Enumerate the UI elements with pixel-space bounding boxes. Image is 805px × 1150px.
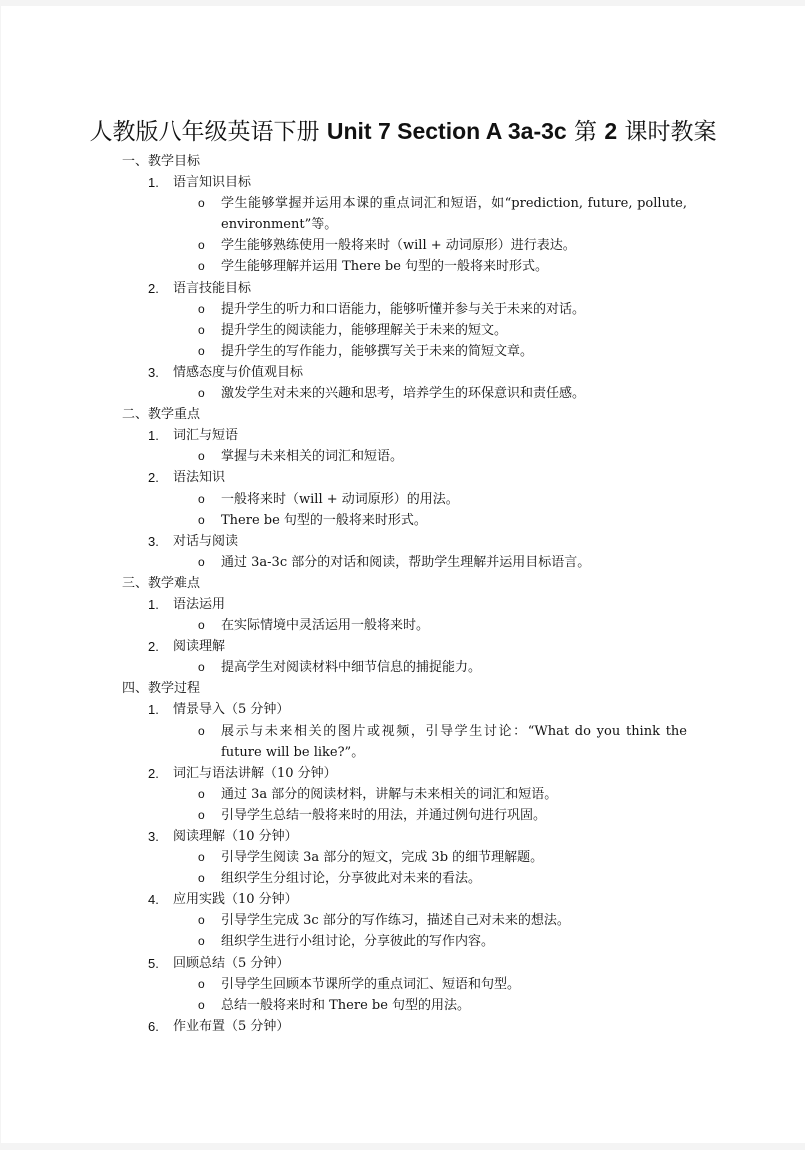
hollow-circle-bullet-icon: o (198, 721, 205, 742)
hollow-circle-bullet-icon: o (198, 784, 205, 805)
item-label: 阅读理解 (173, 639, 225, 654)
item-number: 6. (148, 1016, 159, 1037)
hollow-circle-bullet-icon: o (198, 931, 205, 952)
section-heading: 二、教学重点 (122, 404, 687, 425)
bullet-text: 激发学生对未来的兴趣和思考，培养学生的环保意识和责任感。 (221, 386, 585, 401)
bullet-list: o展示与未来相关的图片或视频，引导学生讨论：“What do you think… (173, 721, 687, 763)
bullet-text: 学生能够理解并运用 There be 句型的一般将来时形式。 (221, 259, 548, 274)
numbered-item-heading: 5.回顾总结（5 分钟） (173, 953, 687, 974)
bullet-text: 引导学生回顾本节课所学的重点词汇、短语和句型。 (221, 977, 520, 992)
section: 四、教学过程1.情景导入（5 分钟）o展示与未来相关的图片或视频，引导学生讨论：… (122, 678, 687, 1037)
hollow-circle-bullet-icon: o (198, 510, 205, 531)
title-mid: 第 (567, 119, 605, 145)
bullet-item: o激发学生对未来的兴趣和思考，培养学生的环保意识和责任感。 (122, 383, 687, 404)
hollow-circle-bullet-icon: o (198, 235, 205, 256)
numbered-item: 3.情感态度与价值观目标o激发学生对未来的兴趣和思考，培养学生的环保意识和责任感… (122, 362, 687, 404)
bullet-item: o学生能够熟练使用一般将来时（will + 动词原形）进行表达。 (122, 235, 687, 256)
item-number: 1. (148, 594, 159, 615)
numbered-item: 6.作业布置（5 分钟） (122, 1016, 687, 1037)
bullet-item: o一般将来时（will + 动词原形）的用法。 (122, 489, 687, 510)
item-number: 3. (148, 362, 159, 383)
numbered-item: 5.回顾总结（5 分钟）o引导学生回顾本节课所学的重点词汇、短语和句型。o总结一… (122, 953, 687, 1016)
item-label: 词汇与短语 (173, 428, 238, 443)
document-title: 人教版八年级英语下册 Unit 7 Section A 3a-3c 第 2 课时… (1, 114, 805, 149)
numbered-item-heading: 1.语言知识目标 (173, 172, 687, 193)
numbered-item: 2.语言技能目标o提升学生的听力和口语能力，能够听懂并参与关于未来的对话。o提升… (122, 278, 687, 362)
item-label: 情感态度与价值观目标 (173, 365, 303, 380)
numbered-item-heading: 1.词汇与短语 (173, 425, 687, 446)
bullet-item: o引导学生回顾本节课所学的重点词汇、短语和句型。 (122, 974, 687, 995)
bullet-text: 提升学生的听力和口语能力，能够听懂并参与关于未来的对话。 (221, 302, 585, 317)
bullet-list: o一般将来时（will + 动词原形）的用法。oThere be 句型的一般将来… (173, 489, 687, 531)
section-heading: 四、教学过程 (122, 678, 687, 699)
item-label: 应用实践（10 分钟） (173, 892, 298, 907)
bullet-text: 引导学生总结一般将来时的用法，并通过例句进行巩固。 (221, 808, 546, 823)
item-label: 对话与阅读 (173, 534, 238, 549)
numbered-item: 3.对话与阅读o通过 3a-3c 部分的对话和阅读，帮助学生理解并运用目标语言。 (122, 531, 687, 573)
bullet-list: o引导学生阅读 3a 部分的短文，完成 3b 的细节理解题。o组织学生分组讨论，… (173, 847, 687, 889)
bullet-item: o提高学生对阅读材料中细节信息的捕捉能力。 (122, 657, 687, 678)
hollow-circle-bullet-icon: o (198, 341, 205, 362)
item-number: 2. (148, 636, 159, 657)
bullet-list: o引导学生回顾本节课所学的重点词汇、短语和句型。o总结一般将来时和 There … (173, 974, 687, 1016)
numbered-item-heading: 2.语法知识 (173, 467, 687, 488)
item-label: 语言知识目标 (173, 175, 251, 190)
hollow-circle-bullet-icon: o (198, 446, 205, 467)
item-label: 语法知识 (173, 470, 225, 485)
bullet-text: 学生能够熟练使用一般将来时（will + 动词原形）进行表达。 (221, 238, 576, 253)
numbered-item-heading: 4.应用实践（10 分钟） (173, 889, 687, 910)
numbered-item-heading: 1.语法运用 (173, 594, 687, 615)
hollow-circle-bullet-icon: o (198, 320, 205, 341)
bullet-item: o组织学生分组讨论，分享彼此对未来的看法。 (122, 868, 687, 889)
numbered-item-heading: 6.作业布置（5 分钟） (173, 1016, 687, 1037)
numbered-item-heading: 2.词汇与语法讲解（10 分钟） (173, 763, 687, 784)
bullet-item: o引导学生总结一般将来时的用法，并通过例句进行巩固。 (122, 805, 687, 826)
hollow-circle-bullet-icon: o (198, 383, 205, 404)
bullet-list: o学生能够掌握并运用本课的重点词汇和短语，如“prediction, futur… (173, 193, 687, 277)
bullet-item: o在实际情境中灵活运用一般将来时。 (122, 615, 687, 636)
title-prefix: 人教版八年级英语下册 (90, 119, 327, 145)
bullet-list: o通过 3a 部分的阅读材料，讲解与未来相关的词汇和短语。o引导学生总结一般将来… (173, 784, 687, 826)
bullet-text: 组织学生进行小组讨论，分享彼此的写作内容。 (221, 934, 494, 949)
bullet-item: oThere be 句型的一般将来时形式。 (122, 510, 687, 531)
hollow-circle-bullet-icon: o (198, 910, 205, 931)
item-number: 2. (148, 278, 159, 299)
hollow-circle-bullet-icon: o (198, 995, 205, 1016)
bullet-list: o掌握与未来相关的词汇和短语。 (173, 446, 687, 467)
bullet-item: o提升学生的阅读能力，能够理解关于未来的短文。 (122, 320, 687, 341)
numbered-item: 1.语法运用o在实际情境中灵活运用一般将来时。 (122, 594, 687, 636)
bullet-text: 提升学生的阅读能力，能够理解关于未来的短文。 (221, 323, 507, 338)
section-heading: 三、教学难点 (122, 573, 687, 594)
numbered-item-heading: 2.语言技能目标 (173, 278, 687, 299)
item-label: 语言技能目标 (173, 281, 251, 296)
bullet-list: o引导学生完成 3c 部分的写作练习，描述自己对未来的想法。o组织学生进行小组讨… (173, 910, 687, 952)
bullet-text: 通过 3a-3c 部分的对话和阅读，帮助学生理解并运用目标语言。 (221, 555, 590, 570)
bullet-item: o提升学生的听力和口语能力，能够听懂并参与关于未来的对话。 (122, 299, 687, 320)
document-page: 人教版八年级英语下册 Unit 7 Section A 3a-3c 第 2 课时… (1, 6, 805, 1143)
bullet-item: o组织学生进行小组讨论，分享彼此的写作内容。 (122, 931, 687, 952)
numbered-item-heading: 2.阅读理解 (173, 636, 687, 657)
numbered-item-heading: 1.情景导入（5 分钟） (173, 699, 687, 720)
hollow-circle-bullet-icon: o (198, 489, 205, 510)
item-label: 情景导入（5 分钟） (173, 702, 289, 717)
bullet-text: 在实际情境中灵活运用一般将来时。 (221, 618, 429, 633)
title-lesson-number: 2 (604, 118, 617, 144)
bullet-item: o学生能够掌握并运用本课的重点词汇和短语，如“prediction, futur… (122, 193, 687, 235)
item-number: 2. (148, 467, 159, 488)
bullet-list: o在实际情境中灵活运用一般将来时。 (173, 615, 687, 636)
hollow-circle-bullet-icon: o (198, 805, 205, 826)
bullet-item: o提升学生的写作能力，能够撰写关于未来的简短文章。 (122, 341, 687, 362)
bullet-text: 通过 3a 部分的阅读材料，讲解与未来相关的词汇和短语。 (221, 787, 557, 802)
section: 一、教学目标1.语言知识目标o学生能够掌握并运用本课的重点词汇和短语，如“pre… (122, 151, 687, 404)
hollow-circle-bullet-icon: o (198, 868, 205, 889)
bullet-text: 掌握与未来相关的词汇和短语。 (221, 449, 403, 464)
section: 二、教学重点1.词汇与短语o掌握与未来相关的词汇和短语。2.语法知识o一般将来时… (122, 404, 687, 573)
hollow-circle-bullet-icon: o (198, 193, 205, 214)
section-heading: 一、教学目标 (122, 151, 687, 172)
hollow-circle-bullet-icon: o (198, 615, 205, 636)
hollow-circle-bullet-icon: o (198, 256, 205, 277)
numbered-item: 4.应用实践（10 分钟）o引导学生完成 3c 部分的写作练习，描述自己对未来的… (122, 889, 687, 952)
bullet-text: 提升学生的写作能力，能够撰写关于未来的简短文章。 (221, 344, 533, 359)
numbered-item-heading: 3.情感态度与价值观目标 (173, 362, 687, 383)
numbered-item: 1.词汇与短语o掌握与未来相关的词汇和短语。 (122, 425, 687, 467)
item-label: 作业布置（5 分钟） (173, 1019, 289, 1034)
hollow-circle-bullet-icon: o (198, 847, 205, 868)
bullet-item: o掌握与未来相关的词汇和短语。 (122, 446, 687, 467)
hollow-circle-bullet-icon: o (198, 552, 205, 573)
bullet-text: There be 句型的一般将来时形式。 (221, 513, 427, 528)
bullet-item: o引导学生完成 3c 部分的写作练习，描述自己对未来的想法。 (122, 910, 687, 931)
numbered-item: 3.阅读理解（10 分钟）o引导学生阅读 3a 部分的短文，完成 3b 的细节理… (122, 826, 687, 889)
numbered-item: 1.语言知识目标o学生能够掌握并运用本课的重点词汇和短语，如“predictio… (122, 172, 687, 277)
bullet-item: o引导学生阅读 3a 部分的短文，完成 3b 的细节理解题。 (122, 847, 687, 868)
item-number: 3. (148, 531, 159, 552)
item-label: 词汇与语法讲解（10 分钟） (173, 766, 337, 781)
title-suffix: 课时教案 (617, 119, 716, 145)
numbered-item: 2.语法知识o一般将来时（will + 动词原形）的用法。oThere be 句… (122, 467, 687, 530)
bullet-text: 引导学生阅读 3a 部分的短文，完成 3b 的细节理解题。 (221, 850, 543, 865)
numbered-item: 2.词汇与语法讲解（10 分钟）o通过 3a 部分的阅读材料，讲解与未来相关的词… (122, 763, 687, 826)
bullet-item: o总结一般将来时和 There be 句型的用法。 (122, 995, 687, 1016)
title-unit: Unit 7 Section A 3a-3c (327, 118, 567, 144)
item-number: 4. (148, 889, 159, 910)
item-label: 语法运用 (173, 597, 225, 612)
bullet-item: o展示与未来相关的图片或视频，引导学生讨论：“What do you think… (122, 721, 687, 763)
bullet-list: o通过 3a-3c 部分的对话和阅读，帮助学生理解并运用目标语言。 (173, 552, 687, 573)
bullet-item: o通过 3a 部分的阅读材料，讲解与未来相关的词汇和短语。 (122, 784, 687, 805)
document-body: 一、教学目标1.语言知识目标o学生能够掌握并运用本课的重点词汇和短语，如“pre… (122, 151, 687, 1037)
numbered-item: 1.情景导入（5 分钟）o展示与未来相关的图片或视频，引导学生讨论：“What … (122, 699, 687, 762)
numbered-item-heading: 3.阅读理解（10 分钟） (173, 826, 687, 847)
bullet-list: o提升学生的听力和口语能力，能够听懂并参与关于未来的对话。o提升学生的阅读能力，… (173, 299, 687, 362)
bullet-text: 总结一般将来时和 There be 句型的用法。 (221, 998, 470, 1013)
bullet-item: o学生能够理解并运用 There be 句型的一般将来时形式。 (122, 256, 687, 277)
bullet-item: o通过 3a-3c 部分的对话和阅读，帮助学生理解并运用目标语言。 (122, 552, 687, 573)
hollow-circle-bullet-icon: o (198, 974, 205, 995)
numbered-item-heading: 3.对话与阅读 (173, 531, 687, 552)
bullet-text: 学生能够掌握并运用本课的重点词汇和短语，如“prediction, future… (221, 196, 687, 232)
bullet-text: 提高学生对阅读材料中细节信息的捕捉能力。 (221, 660, 481, 675)
hollow-circle-bullet-icon: o (198, 657, 205, 678)
item-number: 5. (148, 953, 159, 974)
item-number: 1. (148, 425, 159, 446)
item-label: 回顾总结（5 分钟） (173, 956, 289, 971)
bullet-text: 组织学生分组讨论，分享彼此对未来的看法。 (221, 871, 481, 886)
bullet-list: o提高学生对阅读材料中细节信息的捕捉能力。 (173, 657, 687, 678)
section: 三、教学难点1.语法运用o在实际情境中灵活运用一般将来时。2.阅读理解o提高学生… (122, 573, 687, 678)
bullet-text: 展示与未来相关的图片或视频，引导学生讨论：“What do you think … (221, 724, 687, 760)
item-number: 2. (148, 763, 159, 784)
bullet-text: 引导学生完成 3c 部分的写作练习，描述自己对未来的想法。 (221, 913, 570, 928)
numbered-item: 2.阅读理解o提高学生对阅读材料中细节信息的捕捉能力。 (122, 636, 687, 678)
item-number: 3. (148, 826, 159, 847)
item-label: 阅读理解（10 分钟） (173, 829, 298, 844)
item-number: 1. (148, 172, 159, 193)
bullet-text: 一般将来时（will + 动词原形）的用法。 (221, 492, 459, 507)
item-number: 1. (148, 699, 159, 720)
bullet-list: o激发学生对未来的兴趣和思考，培养学生的环保意识和责任感。 (173, 383, 687, 404)
hollow-circle-bullet-icon: o (198, 299, 205, 320)
